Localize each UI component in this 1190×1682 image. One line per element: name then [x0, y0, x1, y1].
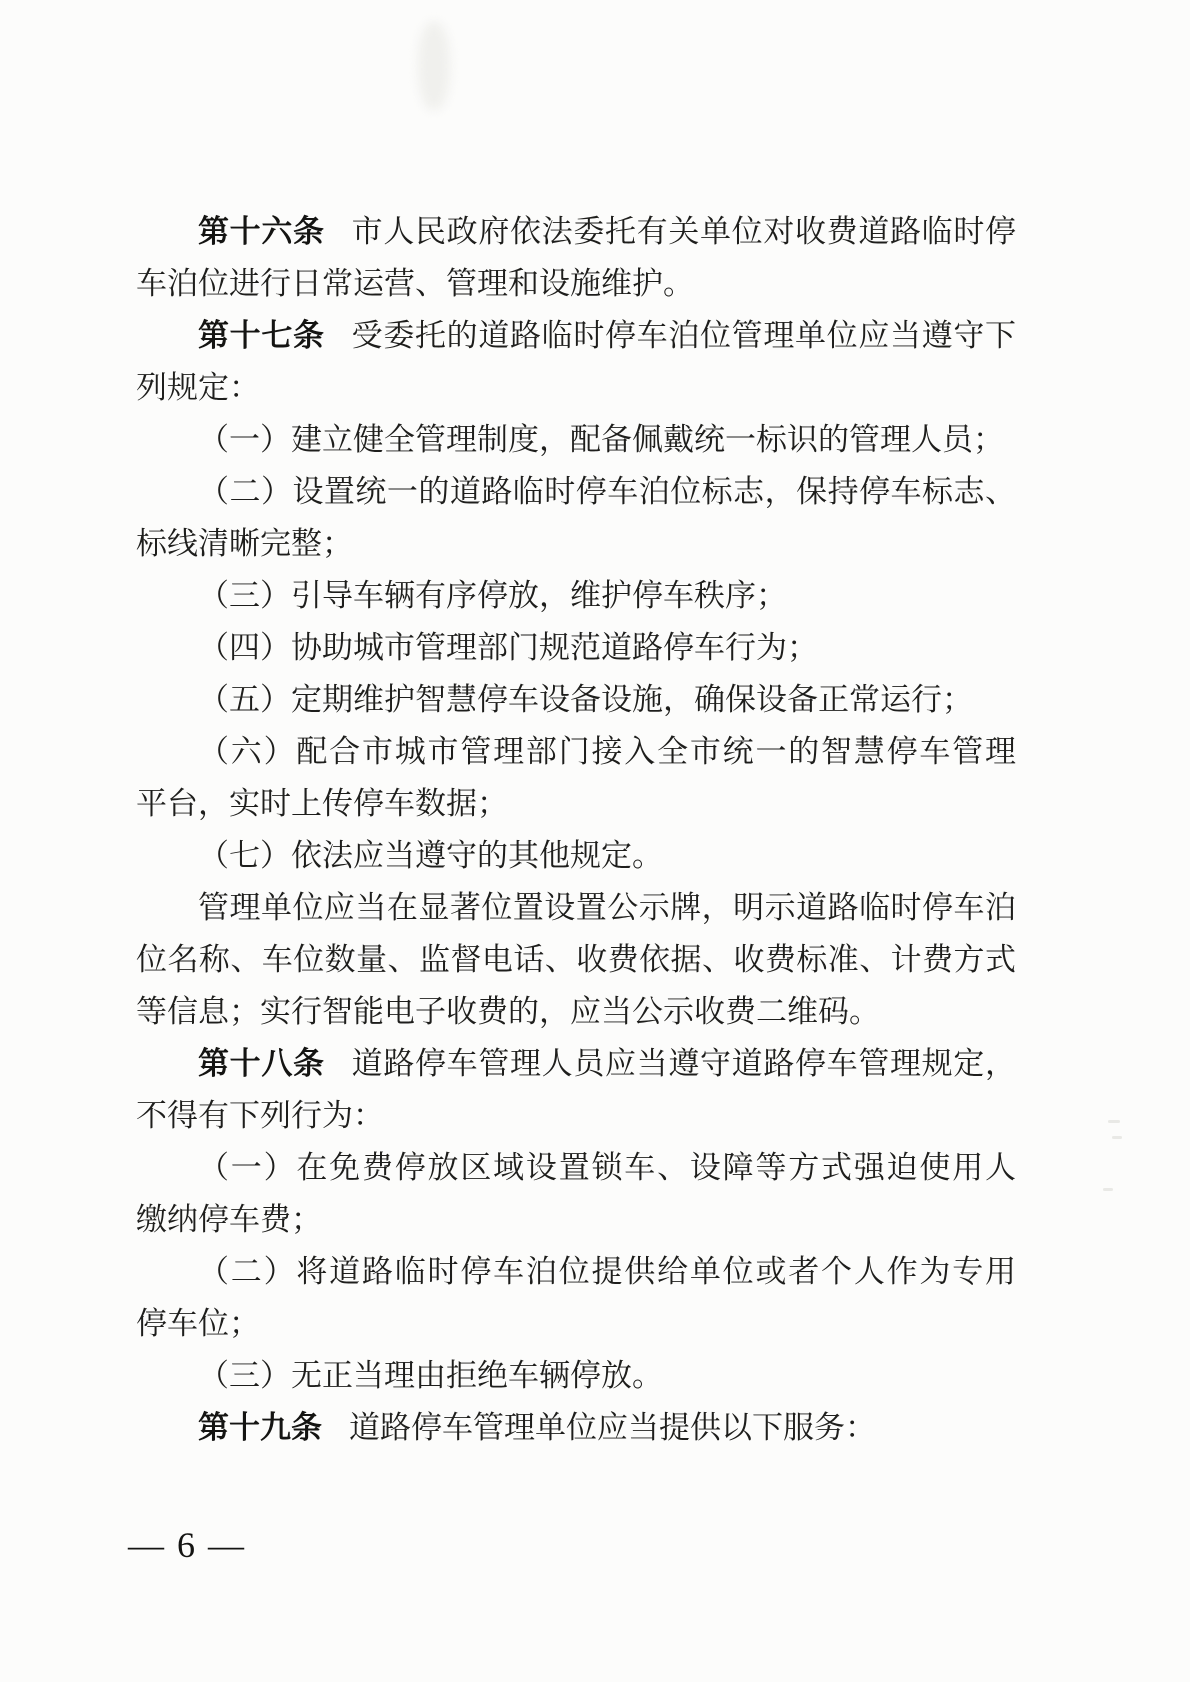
line-text: 受委托的道路临时停车泊位管理单位应当遵守下 — [352, 318, 1016, 353]
doc-line: （一）在免费停放区域设置锁车、设障等方式强迫使用人 — [136, 1142, 1016, 1194]
line-text: （一）在免费停放区域设置锁车、设障等方式强迫使用人 — [198, 1150, 1016, 1185]
doc-line: 第十六条市人民政府依法委托有关单位对收费道路临时停 — [136, 206, 1016, 258]
doc-line: 第十九条道路停车管理单位应当提供以下服务： — [136, 1402, 1016, 1454]
line-text: 标线清晰完整； — [136, 526, 353, 561]
doc-line: 第十七条受委托的道路临时停车泊位管理单位应当遵守下 — [136, 310, 1016, 362]
article-number: 第十八条 — [198, 1046, 325, 1081]
line-text: （六）配合市城市管理部门接入全市统一的智慧停车管理 — [198, 734, 1016, 769]
document-page: 第十六条市人民政府依法委托有关单位对收费道路临时停 车泊位进行日常运营、管理和设… — [0, 0, 1190, 1682]
article-number: 第十六条 — [198, 214, 325, 249]
doc-line: （六）配合市城市管理部门接入全市统一的智慧停车管理 — [136, 726, 1016, 778]
line-text: （四）协助城市管理部门规范道路停车行为； — [198, 630, 818, 665]
doc-line: （三）引导车辆有序停放，维护停车秩序； — [136, 570, 1016, 622]
line-text: （七）依法应当遵守的其他规定。 — [198, 838, 663, 873]
doc-line: （四）协助城市管理部门规范道路停车行为； — [136, 622, 1016, 674]
line-text: 缴纳停车费； — [136, 1202, 322, 1237]
line-text: 管理单位应当在显著位置设置公示牌，明示道路临时停车泊 — [198, 890, 1016, 925]
doc-line: 不得有下列行为： — [136, 1090, 1016, 1142]
line-text: （五）定期维护智慧停车设备设施，确保设备正常运行； — [198, 682, 973, 717]
doc-line: （二）设置统一的道路临时停车泊位标志，保持停车标志、 — [136, 466, 1016, 518]
line-text: 道路停车管理单位应当提供以下服务： — [349, 1410, 876, 1445]
doc-line: 车泊位进行日常运营、管理和设施维护。 — [136, 258, 1016, 310]
scan-artifact — [1112, 1136, 1122, 1139]
scan-artifact — [418, 22, 450, 110]
article-number: 第十九条 — [198, 1410, 322, 1445]
doc-line: 等信息；实行智能电子收费的，应当公示收费二维码。 — [136, 986, 1016, 1038]
page-number: — 6 — — [128, 1524, 246, 1566]
line-text: 平台，实时上传停车数据； — [136, 786, 508, 821]
doc-line: 停车位； — [136, 1298, 1016, 1350]
doc-line: 标线清晰完整； — [136, 518, 1016, 570]
doc-line: （二）将道路临时停车泊位提供给单位或者个人作为专用 — [136, 1246, 1016, 1298]
line-text: （二）设置统一的道路临时停车泊位标志，保持停车标志、 — [198, 474, 1016, 509]
line-text: （三）引导车辆有序停放，维护停车秩序； — [198, 578, 787, 613]
doc-line: 管理单位应当在显著位置设置公示牌，明示道路临时停车泊 — [136, 882, 1016, 934]
line-text: 不得有下列行为： — [136, 1098, 384, 1133]
line-text: 位名称、车位数量、监督电话、收费依据、收费标准、计费方式 — [136, 942, 1016, 977]
doc-line: （三）无正当理由拒绝车辆停放。 — [136, 1350, 1016, 1402]
article-number: 第十七条 — [198, 318, 325, 353]
doc-line: 列规定： — [136, 362, 1016, 414]
line-text: 停车位； — [136, 1306, 260, 1341]
line-text: （二）将道路临时停车泊位提供给单位或者个人作为专用 — [198, 1254, 1016, 1289]
doc-line: （五）定期维护智慧停车设备设施，确保设备正常运行； — [136, 674, 1016, 726]
scan-artifact — [1103, 1188, 1113, 1191]
doc-line: 缴纳停车费； — [136, 1194, 1016, 1246]
scan-artifact — [1108, 1120, 1120, 1123]
document-body: 第十六条市人民政府依法委托有关单位对收费道路临时停 车泊位进行日常运营、管理和设… — [136, 206, 1016, 1454]
doc-line: （七）依法应当遵守的其他规定。 — [136, 830, 1016, 882]
doc-line: （一）建立健全管理制度，配备佩戴统一标识的管理人员； — [136, 414, 1016, 466]
doc-line: 第十八条道路停车管理人员应当遵守道路停车管理规定， — [136, 1038, 1016, 1090]
line-text: 市人民政府依法委托有关单位对收费道路临时停 — [352, 214, 1016, 249]
line-text: 道路停车管理人员应当遵守道路停车管理规定， — [352, 1046, 1016, 1081]
line-text: （三）无正当理由拒绝车辆停放。 — [198, 1358, 663, 1393]
line-text: 车泊位进行日常运营、管理和设施维护。 — [136, 266, 694, 301]
line-text: 列规定： — [136, 370, 260, 405]
line-text: （一）建立健全管理制度，配备佩戴统一标识的管理人员； — [198, 422, 1004, 457]
doc-line: 位名称、车位数量、监督电话、收费依据、收费标准、计费方式 — [136, 934, 1016, 986]
line-text: 等信息；实行智能电子收费的，应当公示收费二维码。 — [136, 994, 880, 1029]
doc-line: 平台，实时上传停车数据； — [136, 778, 1016, 830]
